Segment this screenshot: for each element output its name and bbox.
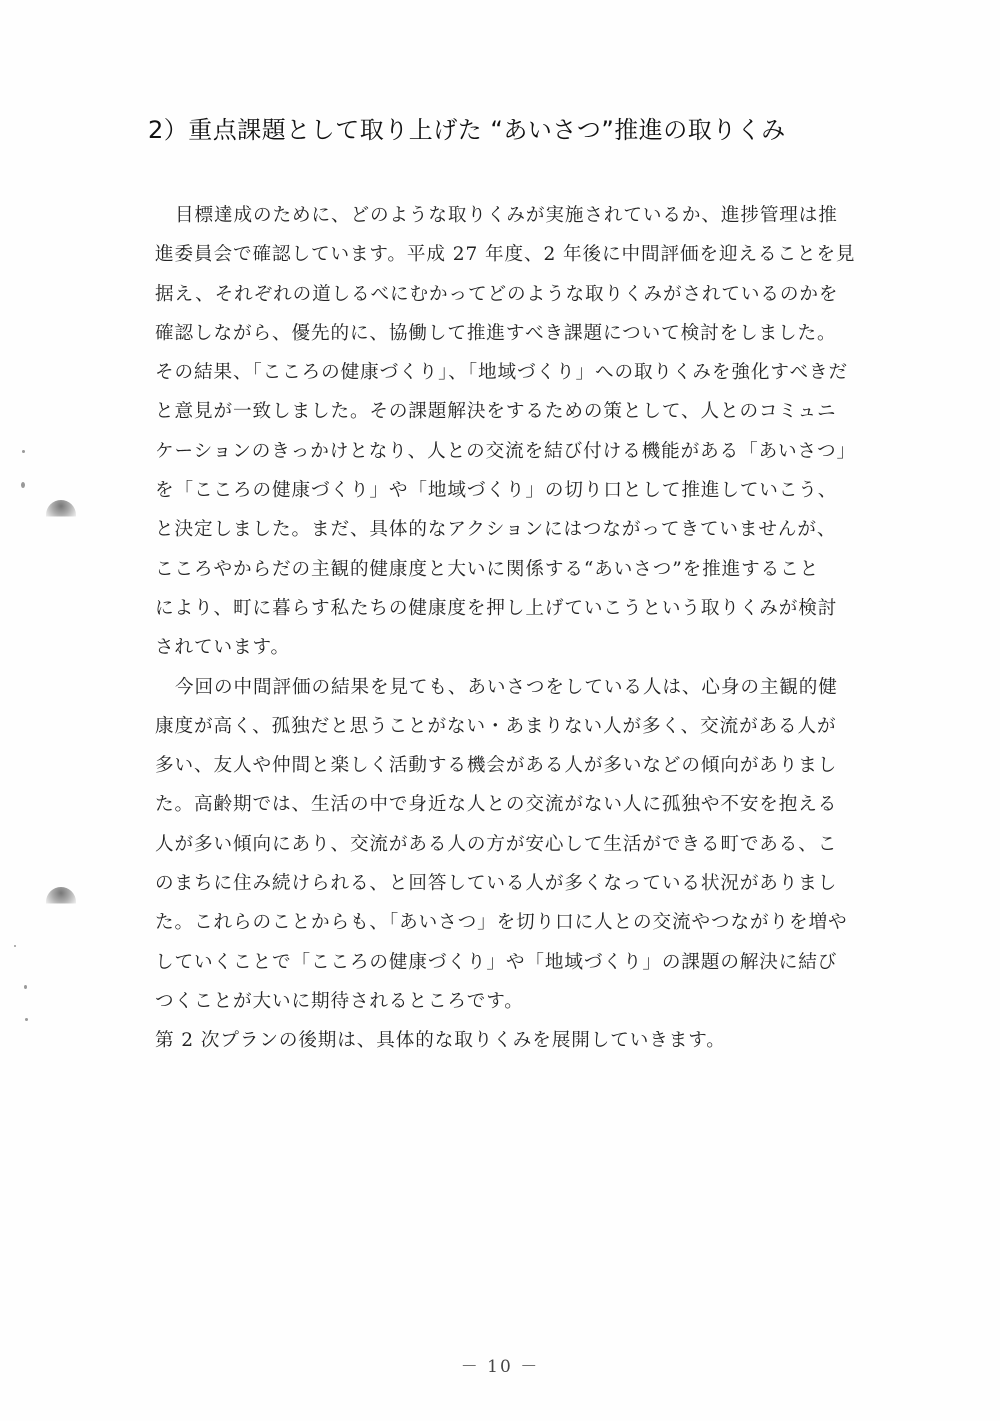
text-line: 第 2 次プランの後期は、具体的な取りくみを展開していきます。: [155, 1021, 880, 1060]
paragraph-2: 今回の中間評価の結果を見ても、あいさつをしている人は、心身の主観的健 康度が高く…: [155, 668, 880, 1022]
text-line: ケーションのきっかけとなり、人との交流を結び付ける機能がある「あいさつ」: [155, 432, 880, 471]
text-line: 据え、それぞれの道しるべにむかってどのような取りくみがされているのかを: [155, 275, 880, 314]
scan-speck: [22, 450, 25, 453]
paragraph-3: 第 2 次プランの後期は、具体的な取りくみを展開していきます。: [155, 1021, 880, 1060]
text-line: により、町に暮らす私たちの健康度を押し上げていこうという取りくみが検討: [155, 589, 880, 628]
document-page: 2）重点課題として取り上げた “あいさつ”推進の取りくみ 目標達成のために、どの…: [0, 0, 1000, 1421]
text-line: 人が多い傾向にあり、交流がある人の方が安心して生活ができる町である、こ: [155, 825, 880, 864]
text-line: 確認しながら、優先的に、協働して推進すべき課題について検討をしました。: [155, 314, 880, 353]
text-line: た。これらのことからも、「あいさつ」を切り口に人との交流やつながりを増や: [155, 903, 880, 942]
text-line: と意見が一致しました。その課題解決をするための策として、人とのコミュニ: [155, 392, 880, 431]
text-line: た。高齢期では、生活の中で身近な人との交流がない人に孤独や不安を抱える: [155, 785, 880, 824]
text-line: していくことで「こころの健康づくり」や「地域づくり」の課題の解決に結び: [155, 943, 880, 982]
text-line: その結果、「こころの健康づくり」、「地域づくり」への取りくみを強化すべきだ: [155, 353, 880, 392]
text-line: を「こころの健康づくり」や「地域づくり」の切り口として推進していこう、: [155, 471, 880, 510]
document-body: 目標達成のために、どのような取りくみが実施されているか、進捗管理は推 進委員会で…: [155, 196, 880, 1061]
text-line: 多い、友人や仲間と楽しく活動する機会がある人が多いなどの傾向がありまし: [155, 746, 880, 785]
text-line: のまちに住み続けられる、と回答している人が多くなっている状況がありまし: [155, 864, 880, 903]
text-line: こころやからだの主観的健康度と大いに関係する“あいさつ”を推進すること: [155, 550, 880, 589]
page-number: － 10 －: [0, 1352, 1000, 1377]
scan-speck: [24, 985, 27, 989]
text-line: 目標達成のために、どのような取りくみが実施されているか、進捗管理は推: [155, 196, 880, 235]
punch-hole-mark-bottom: [46, 887, 76, 917]
scan-speck: [21, 482, 25, 488]
scan-speck: [14, 945, 16, 947]
section-heading: 2）重点課題として取り上げた “あいさつ”推進の取りくみ: [148, 110, 786, 145]
text-line: 康度が高く、孤独だと思うことがない・あまりない人が多く、交流がある人が: [155, 707, 880, 746]
text-line: 今回の中間評価の結果を見ても、あいさつをしている人は、心身の主観的健: [155, 668, 880, 707]
scan-speck: [25, 1018, 28, 1021]
paragraph-1: 目標達成のために、どのような取りくみが実施されているか、進捗管理は推 進委員会で…: [155, 196, 880, 668]
text-line: と決定しました。まだ、具体的なアクションにはつながってきていませんが、: [155, 510, 880, 549]
punch-hole-mark-top: [46, 500, 76, 530]
text-line: つくことが大いに期待されるところです。: [155, 982, 880, 1021]
text-line: 進委員会で確認しています。平成 27 年度、2 年後に中間評価を迎えることを見: [155, 235, 880, 274]
text-line: されています。: [155, 628, 880, 667]
